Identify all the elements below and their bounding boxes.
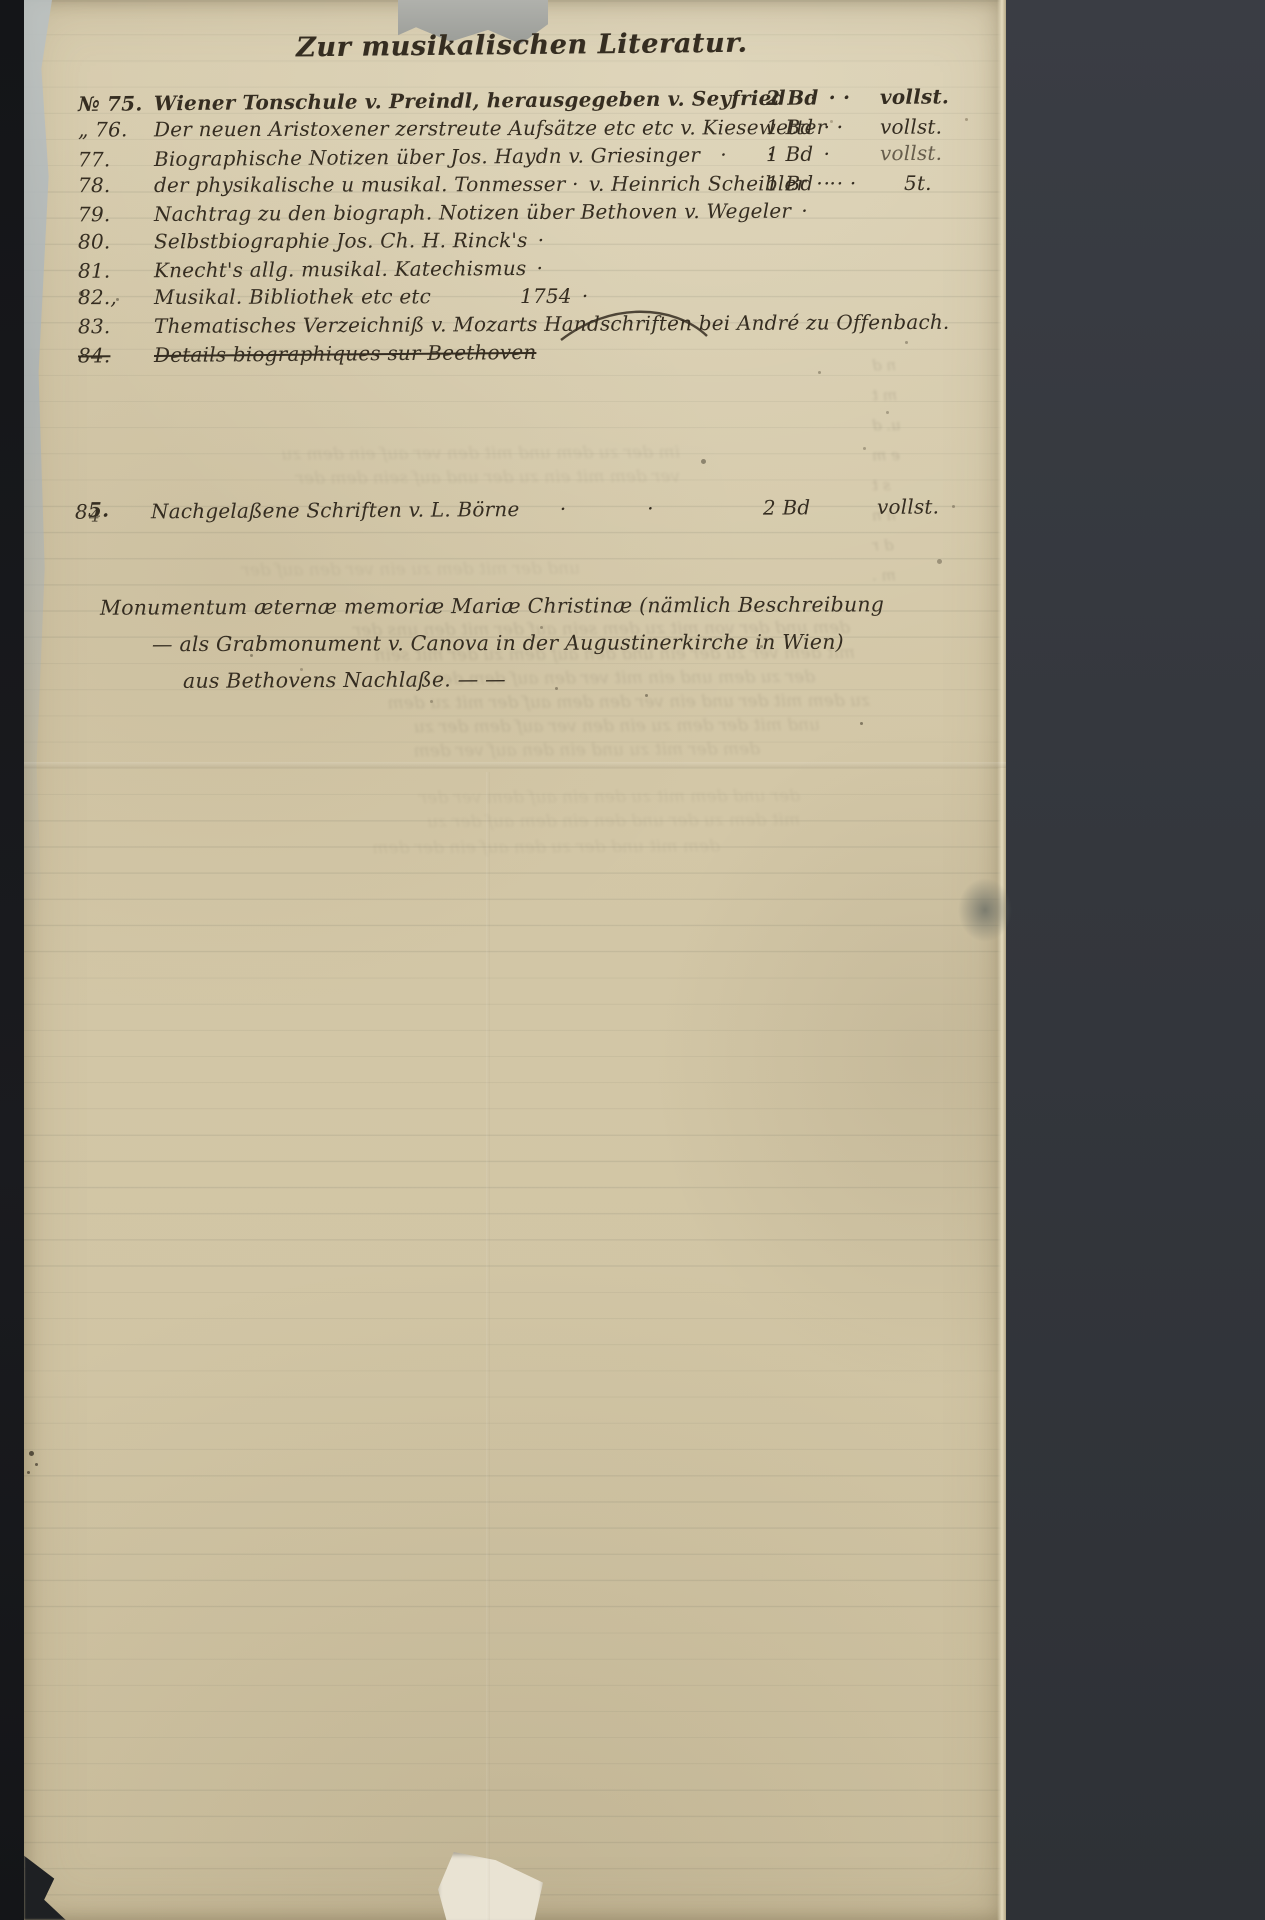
entry-80: 80.Selbstbiographie Jos. Ch. H. Rinck's … (78, 226, 984, 256)
bleed-line: dem der mit zu und ein den auf ver dem (140, 739, 760, 762)
entry-text: Der neuen Aristoxener zerstreute Aufsätz… (154, 115, 843, 141)
bleed-line: zu dem mit der und ein ver den dem auf d… (80, 691, 870, 715)
vertical-fold-crease (486, 772, 490, 1920)
bleed-line: und mit der dem zu ein den ver auf dem d… (120, 715, 820, 739)
entry-volumes: 1 Bd · · · (766, 171, 856, 195)
entry-number: 81. (78, 258, 154, 282)
entry-number: 78. (78, 173, 154, 197)
pen-flourish (555, 296, 725, 351)
entry-number-base: 8 (75, 500, 88, 524)
entry-81: 81.Knecht's allg. musikal. Katechismus · (78, 253, 984, 286)
bleed-fragment: e m (872, 446, 992, 465)
entry-status: vollst. (877, 494, 939, 518)
entry-79: 79.Nachtrag zu den biograph. Notizen übe… (78, 198, 984, 230)
entry-number-overwritten: 845. (75, 499, 151, 523)
entry-number: 80. (78, 229, 154, 253)
horizontal-fold-crease (24, 762, 1006, 768)
entry-text: der physikalische u musikal. Tonmesser ·… (154, 171, 836, 197)
bleed-line: ver dem mit ein zu der und auf sein dem … (160, 467, 680, 490)
entry-76: „ 76.Der neuen Aristoxener zerstreute Au… (78, 114, 984, 144)
entry-text: Details biographiques sur Beethoven (154, 340, 537, 367)
bleed-line: mit dem zu der und den ein dem auf der z… (100, 810, 800, 834)
note-monumentum-line3: aus Bethovens Nachlaße. — — (183, 667, 506, 693)
scan-background-left (0, 0, 24, 1920)
note-monumentum-line1: Monumentum æternæ memoriæ Mariæ Christin… (100, 592, 884, 619)
bleed-line: dem mit und der zu den auf ein der dem (160, 837, 720, 860)
bleed-line: im der zu dem und mit den ver auf ein de… (120, 443, 680, 466)
paper-stain (958, 878, 1012, 942)
entry-78: 78.der physikalische u musikal. Tonmesse… (78, 171, 984, 200)
entry-volumes: 2 Bd · · (766, 85, 850, 110)
entry-text: Knecht's allg. musikal. Katechismus · (154, 256, 543, 282)
bleed-fragment: s t (872, 476, 992, 495)
entry-text: Thematisches Verzeichniß v. Mozarts Hand… (154, 310, 950, 338)
entry-status: vollst. (880, 141, 942, 165)
torn-right-edge (997, 0, 1006, 1920)
bleed-fragment: m t (872, 386, 992, 405)
entry-text: Nachgelaßene Schriften v. L. Börne · · (151, 496, 654, 523)
entry-text: Wiener Tonschule v. Preindl, herausgegeb… (154, 86, 818, 116)
entry-82: 82.,Musikal. Bibliothek etc etc 1754 · (78, 283, 984, 312)
page-title: Zur musikalischen Literatur. (296, 28, 748, 64)
entry-number: № 75. (78, 91, 154, 116)
entry-number: 83. (78, 314, 154, 338)
bleed-fragment: d r (872, 536, 992, 555)
entry-number: „ 76. (78, 117, 154, 141)
entry-status: vollst. (880, 115, 942, 139)
entry-text: Selbstbiographie Jos. Ch. H. Rinck's · (154, 228, 544, 253)
bleed-fragment: u. d (872, 416, 992, 435)
entry-status: vollst. (880, 84, 949, 109)
note-monumentum-line2: — als Grabmonument v. Canova in der Augu… (152, 630, 844, 656)
entry-volumes: 1 Bd · (766, 142, 830, 167)
manuscript-scan: n d m t u. d e m s t n n d r m . im der … (0, 0, 1265, 1920)
entry-number-new: 5. (88, 498, 109, 522)
bleed-line: und der mit dem zu ein ver den auf der (100, 559, 580, 582)
entry-number: 79. (78, 202, 154, 226)
entry-number: 77. (78, 147, 154, 172)
entry-text: Nachtrag zu den biograph. Notizen über B… (154, 199, 808, 226)
entry-text: Biographische Notizen über Jos. Haydn v.… (154, 142, 774, 171)
entry-text: Musikal. Bibliothek etc etc (154, 284, 431, 309)
bleed-fragment: m . (872, 566, 992, 585)
scan-background-right (1006, 0, 1265, 1920)
entry-number: 84. (78, 343, 154, 368)
bleed-line: der und dem mit zu den ein auf dem ver d… (120, 786, 800, 810)
entry-volumes: 1 Bd · · (766, 115, 843, 139)
entry-volumes: 2 Bd (763, 495, 811, 519)
entry-number: 82., (78, 285, 154, 309)
entry-status: 5t. (904, 171, 932, 195)
